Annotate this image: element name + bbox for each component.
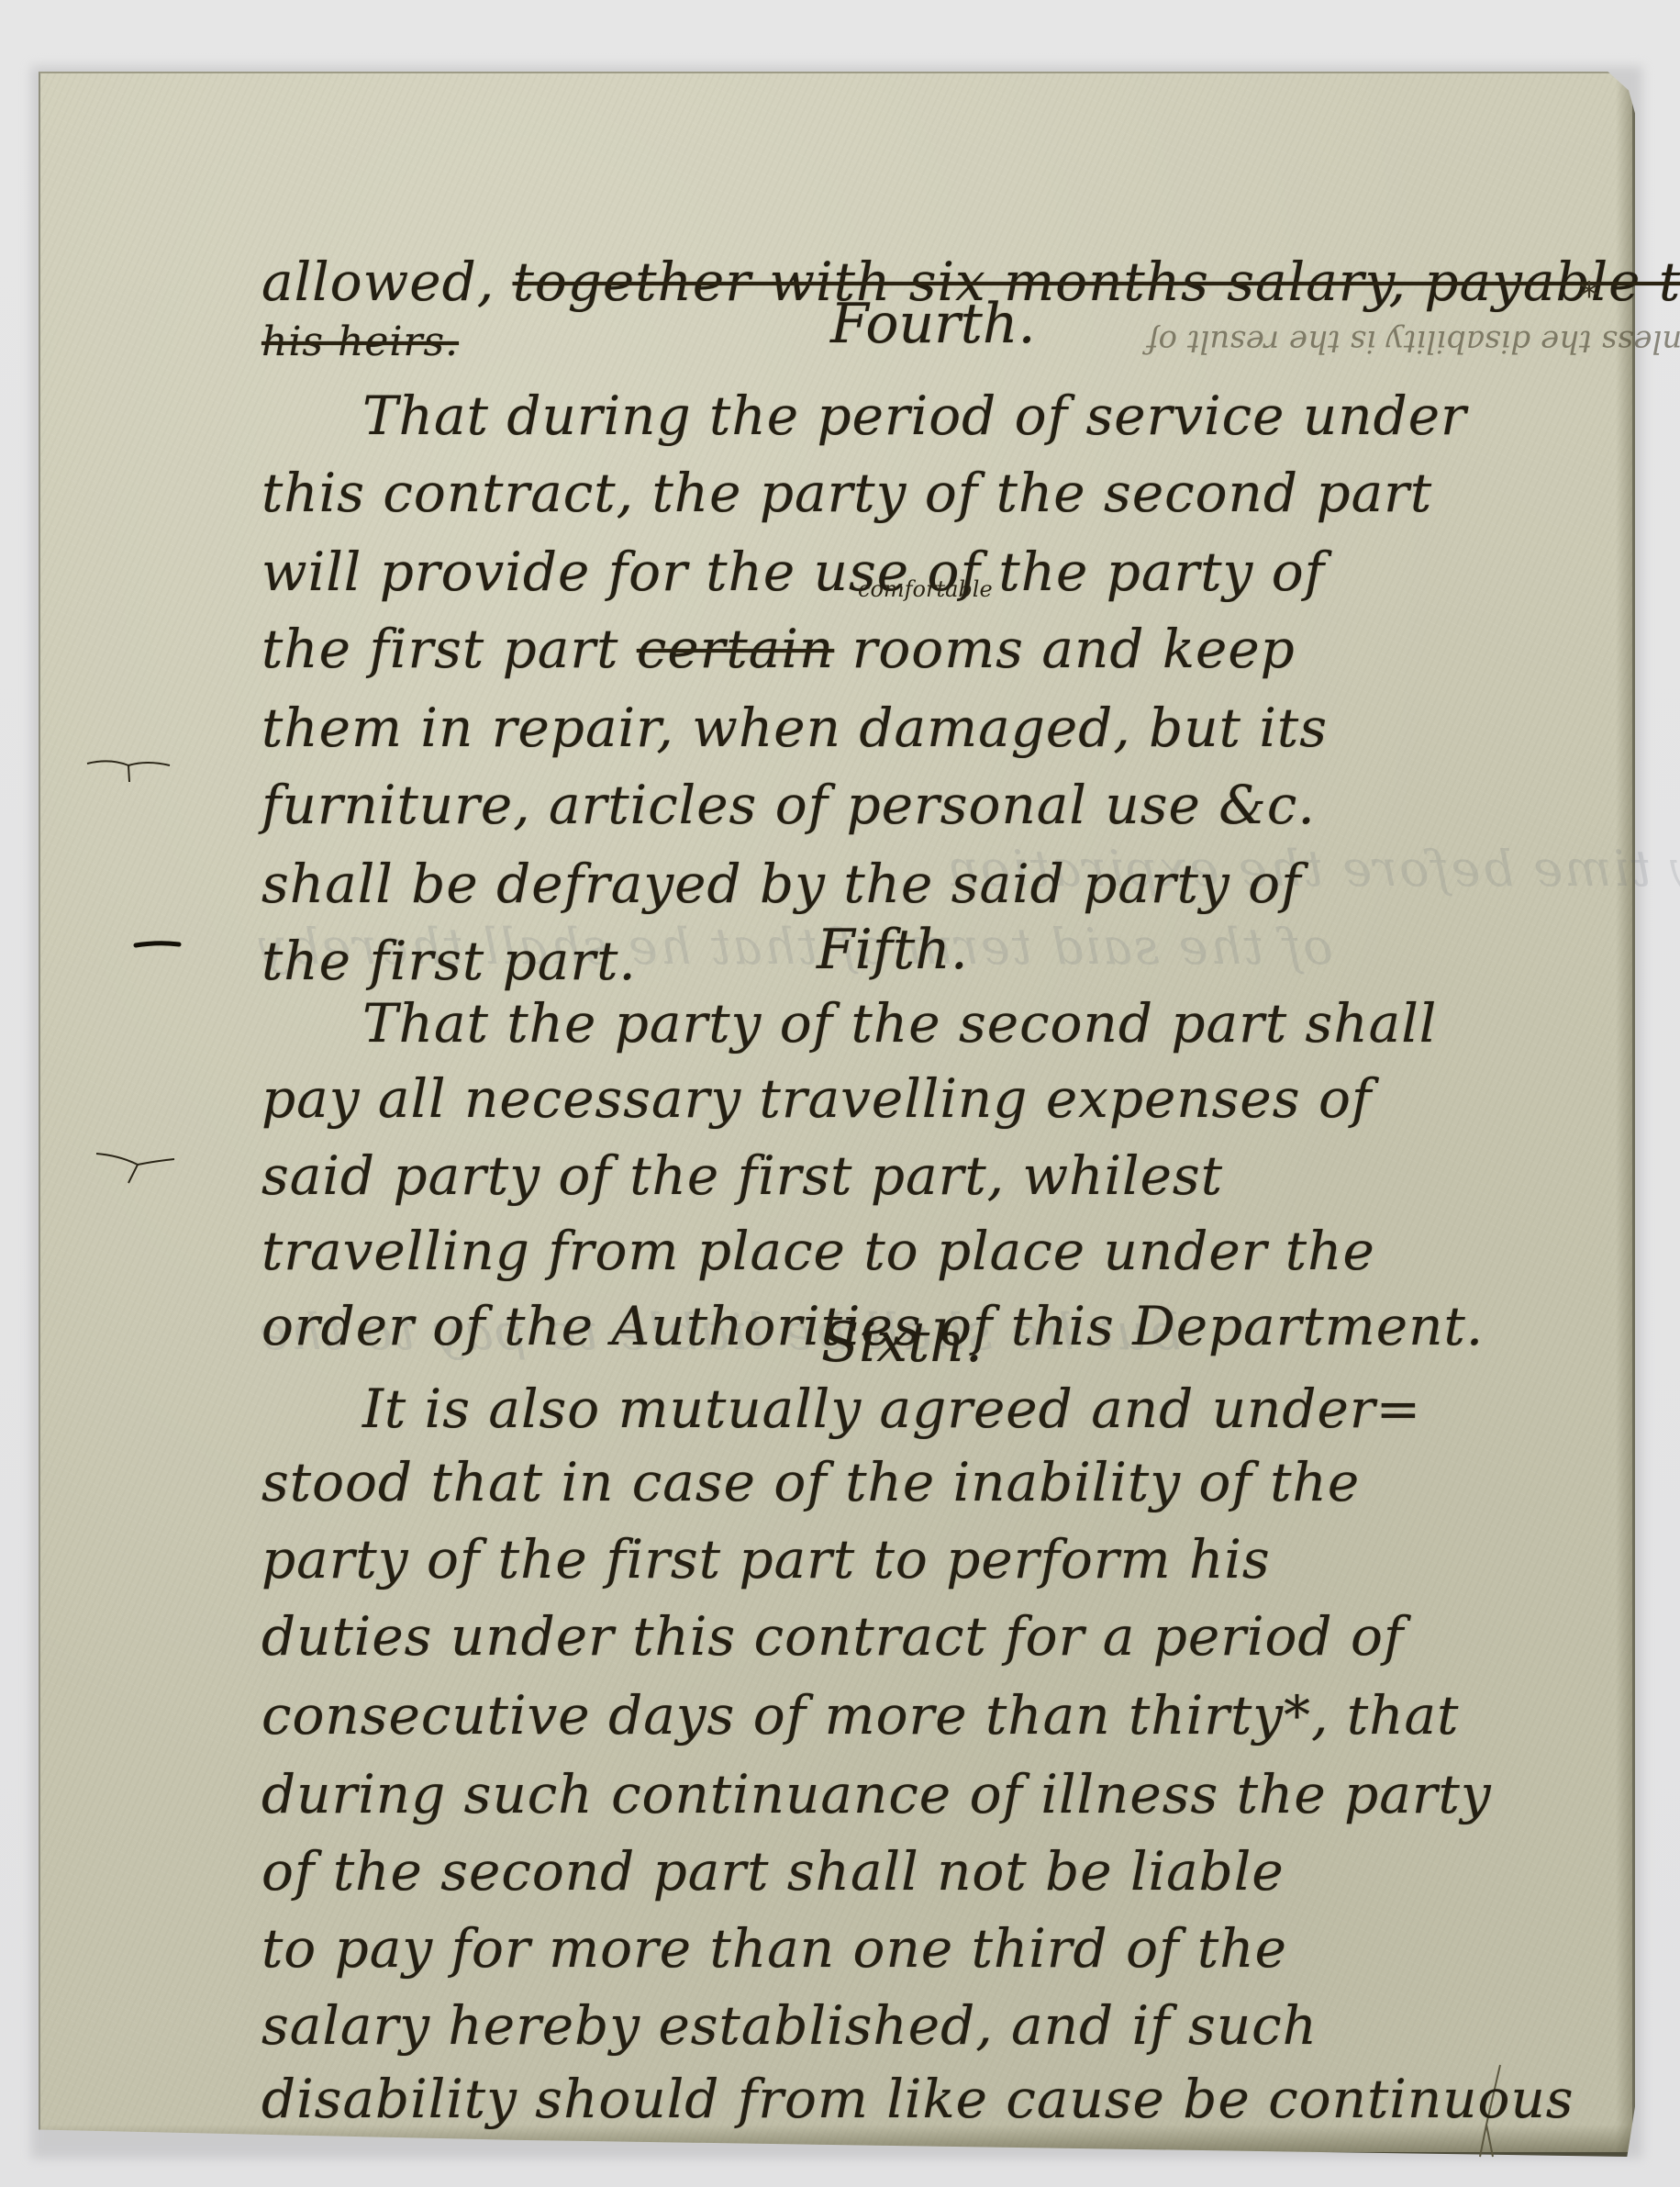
manuscript-line: shall be defrayed by the said party of	[261, 852, 1610, 916]
manuscript-line: stood that in case of the inability of t…	[261, 1450, 1610, 1514]
margin-note: Unless the disability is the result of	[1147, 323, 1680, 360]
manuscript-line: said party of the first part, whilest	[261, 1144, 1610, 1208]
manuscript-line: party of the first part to perform his	[261, 1527, 1610, 1591]
manuscript-line: It is also mutually agreed and under=	[261, 1377, 1680, 1441]
manuscript-line: disability should from like cause be con…	[261, 2067, 1610, 2131]
manuscript-line: duties under this contract for a period …	[261, 1604, 1610, 1668]
manuscript-line: furniture, articles of personal use &c.	[261, 773, 1610, 837]
manuscript-line: That during the period of service under	[261, 384, 1680, 448]
manuscript-line: of the second part shall not be liable	[261, 1839, 1610, 1903]
binding-hole-mark	[133, 936, 188, 954]
manuscript-line: travelling from place to place under the	[261, 1219, 1610, 1283]
section-heading-fifth: Fifth.	[817, 918, 968, 982]
asterisk-mark: *	[1580, 275, 1598, 318]
line-text: rooms and keep	[834, 618, 1296, 680]
line-text: the first part	[261, 618, 637, 680]
struck-text: certain	[637, 618, 834, 680]
manuscript-line: them in repair, when damaged, but its	[261, 696, 1610, 760]
section-heading-fourth: Fourth.	[830, 292, 1036, 356]
manuscript-line: the first part certain rooms and keep	[261, 617, 1610, 681]
inserted-word: comfortable	[858, 576, 993, 602]
manuscript-line: That the party of the second part shall	[261, 991, 1680, 1055]
manuscript-line: salary hereby established, and if such	[261, 1993, 1610, 2058]
binding-hole-mark	[78, 753, 179, 789]
struck-text: his heirs.	[261, 318, 459, 365]
binding-hole-mark	[83, 1143, 184, 1188]
struck-text: together with six months salary, payable…	[513, 251, 1680, 313]
manuscript-line: during such continuance of illness the p…	[261, 1762, 1610, 1826]
section-heading-sixth: Sixth.	[821, 1311, 983, 1375]
line-text: allowed,	[261, 251, 513, 313]
manuscript-line: pay all necessary travelling expenses of	[261, 1066, 1610, 1131]
manuscript-line: this contract, the party of the second p…	[261, 461, 1610, 525]
manuscript-line: to pay for more than one third of the	[261, 1916, 1610, 1981]
manuscript-line: consecutive days of more than thirty*, t…	[261, 1683, 1610, 1747]
